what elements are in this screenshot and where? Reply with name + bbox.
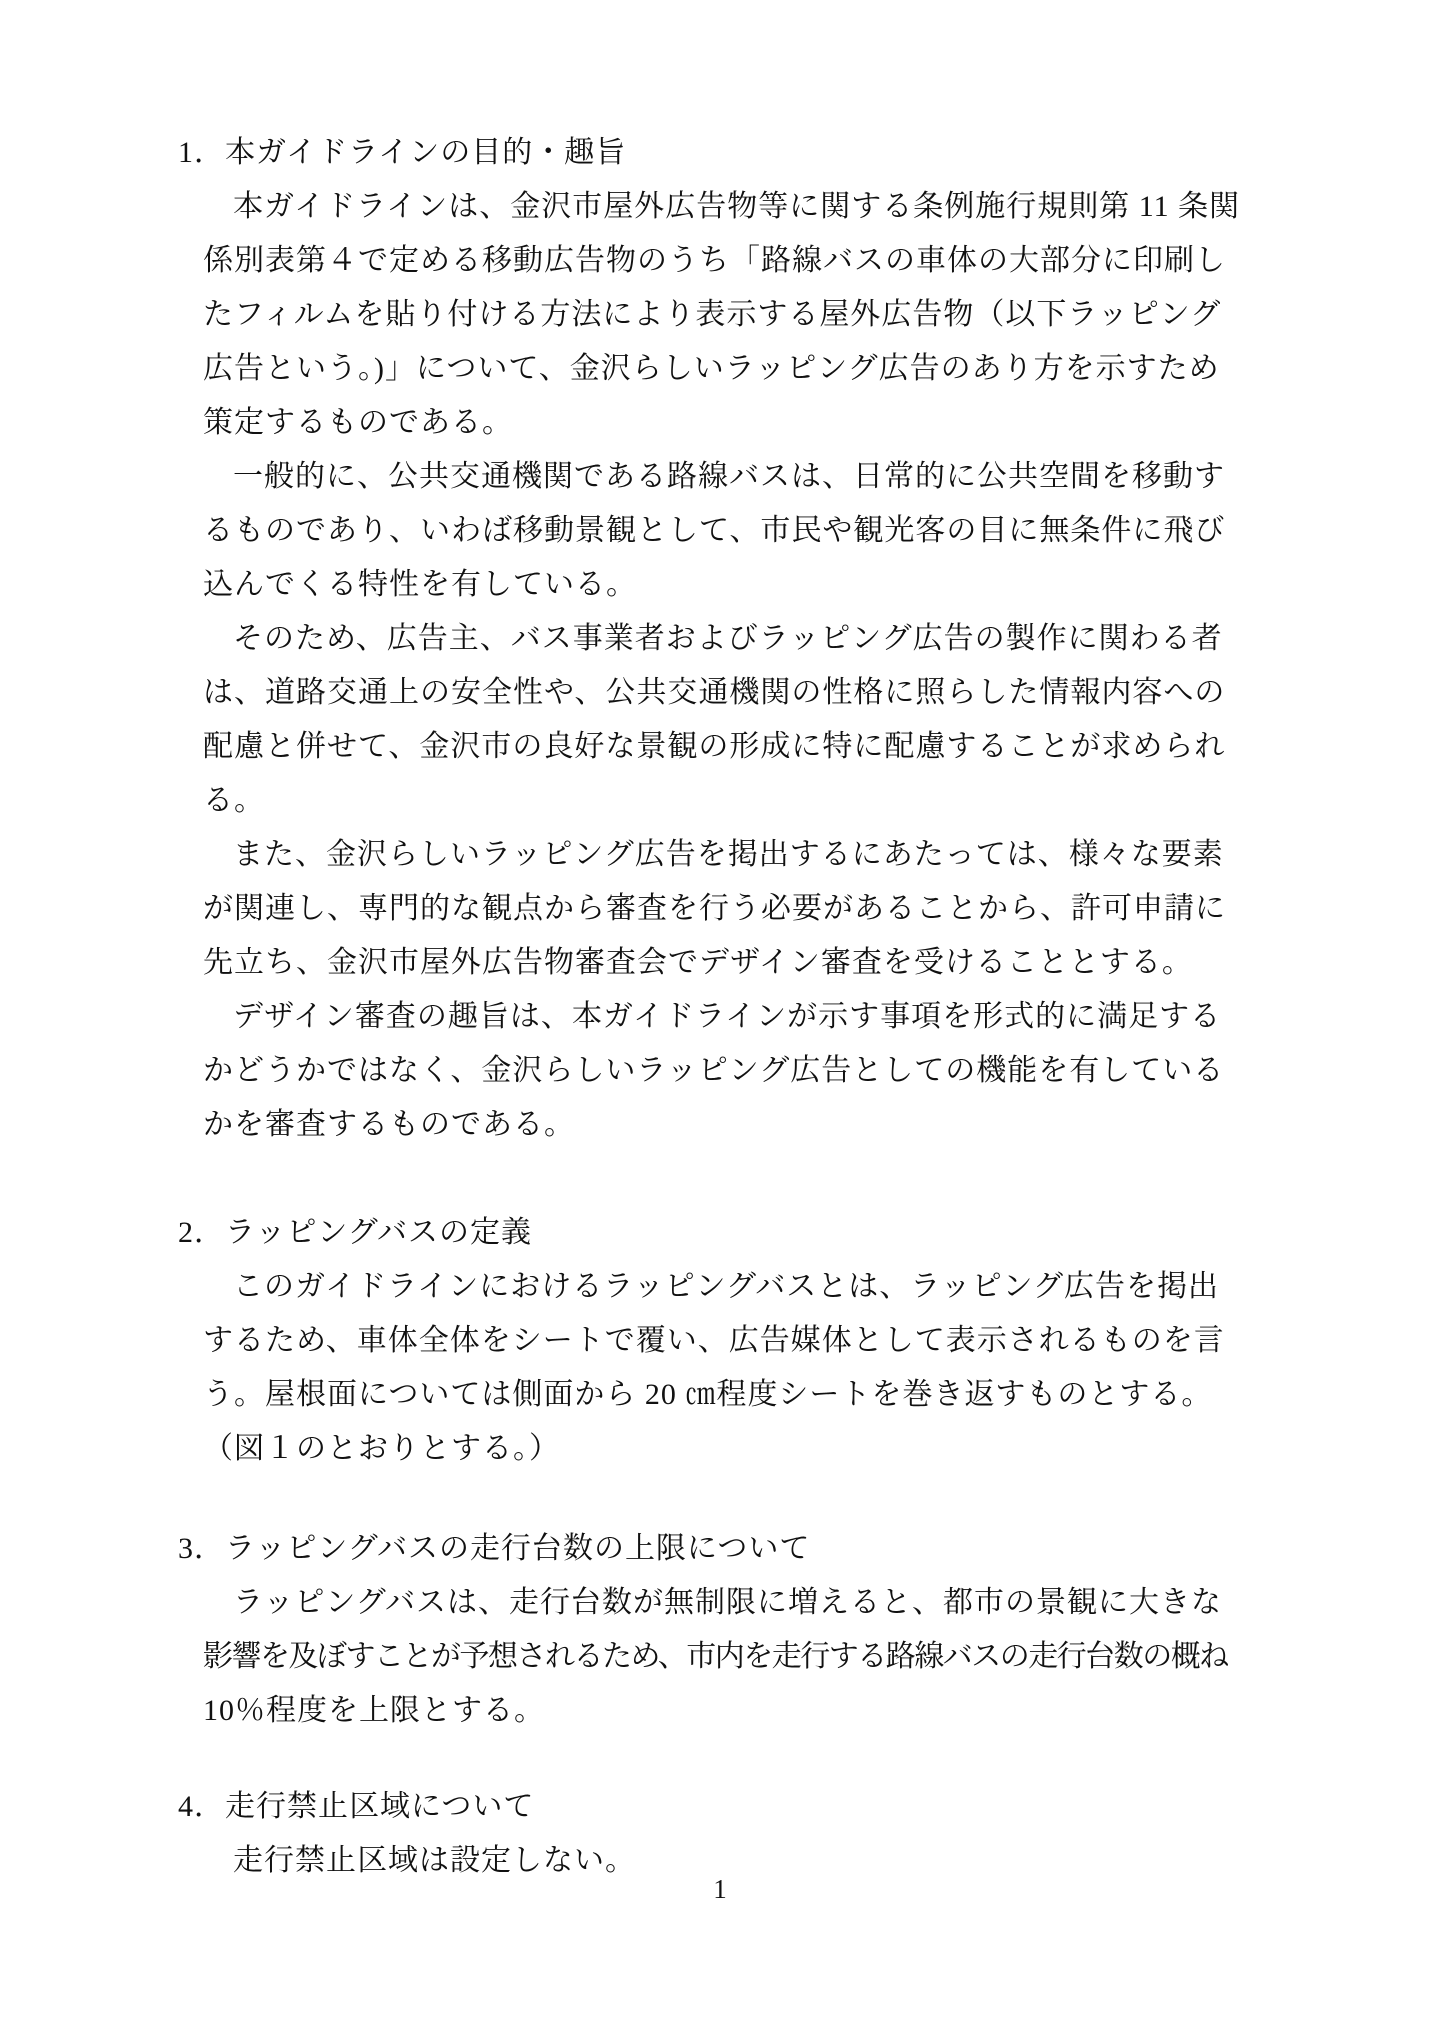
paragraph-line: る。 [178, 774, 1274, 828]
section-spacer [178, 1738, 1274, 1780]
paragraph-line: 影響を及ぼすことが予想されるため、市内を走行する路線バスの走行台数の概ね [178, 1630, 1274, 1684]
paragraph-line: たフィルムを貼り付ける方法により表示する屋外広告物（以下ラッピング [178, 288, 1274, 342]
paragraph-line: 策定するものである。 [178, 396, 1274, 450]
paragraph-line: 係別表第４で定める移動広告物のうち「路線バスの車体の大部分に印刷し [178, 234, 1274, 288]
section-3-paragraph-1: ラッピングバスは、走行台数が無制限に増えると、都市の景観に大きな 影響を及ぼすこ… [178, 1576, 1274, 1738]
section-1-paragraph-3: そのため、広告主、バス事業者およびラッピング広告の製作に関わる者 は、道路交通上… [178, 612, 1274, 828]
section-3-heading: 3．ラッピングバスの走行台数の上限について [178, 1522, 1274, 1576]
document-page: 1．本ガイドラインの目的・趣旨 本ガイドラインは、金沢市屋外広告物等に関する条例… [0, 0, 1440, 2027]
document-body: 1．本ガイドラインの目的・趣旨 本ガイドラインは、金沢市屋外広告物等に関する条例… [178, 126, 1274, 1888]
section-1-paragraph-1: 本ガイドラインは、金沢市屋外広告物等に関する条例施行規則第 11 条関 係別表第… [178, 180, 1274, 450]
paragraph-line: 本ガイドラインは、金沢市屋外広告物等に関する条例施行規則第 11 条関 [178, 180, 1274, 234]
paragraph-line: は、道路交通上の安全性や、公共交通機関の性格に照らした情報内容への [178, 666, 1274, 720]
section-4-heading: 4．走行禁止区域について [178, 1780, 1274, 1834]
paragraph-line: 配慮と併せて、金沢市の良好な景観の形成に特に配慮することが求められ [178, 720, 1274, 774]
paragraph-line: かどうかではなく、金沢らしいラッピング広告としての機能を有している [178, 1044, 1274, 1098]
section-1-paragraph-5: デザイン審査の趣旨は、本ガイドラインが示す事項を形式的に満足する かどうかではな… [178, 990, 1274, 1152]
paragraph-line: そのため、広告主、バス事業者およびラッピング広告の製作に関わる者 [178, 612, 1274, 666]
paragraph-line: が関連し、専門的な観点から審査を行う必要があることから、許可申請に [178, 882, 1274, 936]
paragraph-line: するため、車体全体をシートで覆い、広告媒体として表示されるものを言 [178, 1314, 1274, 1368]
paragraph-line: るものであり、いわば移動景観として、市民や観光客の目に無条件に飛び [178, 504, 1274, 558]
paragraph-line: 一般的に、公共交通機関である路線バスは、日常的に公共空間を移動す [178, 450, 1274, 504]
section-spacer [178, 1476, 1274, 1522]
section-2-paragraph-1: このガイドラインにおけるラッピングバスとは、ラッピング広告を掲出 するため、車体… [178, 1260, 1274, 1476]
paragraph-line: 先立ち、金沢市屋外広告物審査会でデザイン審査を受けることとする。 [178, 936, 1274, 990]
page-number: 1 [0, 1874, 1440, 1904]
paragraph-line: 10％程度を上限とする。 [178, 1684, 1274, 1738]
section-spacer [178, 1152, 1274, 1206]
paragraph-line: （図１のとおりとする。） [178, 1422, 1274, 1476]
paragraph-line: う。屋根面については側面から 20 ㎝程度シートを巻き返すものとする。 [178, 1368, 1274, 1422]
section-1-paragraph-2: 一般的に、公共交通機関である路線バスは、日常的に公共空間を移動す るものであり、… [178, 450, 1274, 612]
paragraph-line: このガイドラインにおけるラッピングバスとは、ラッピング広告を掲出 [178, 1260, 1274, 1314]
section-1-paragraph-4: また、金沢らしいラッピング広告を掲出するにあたっては、様々な要素 が関連し、専門… [178, 828, 1274, 990]
paragraph-line: また、金沢らしいラッピング広告を掲出するにあたっては、様々な要素 [178, 828, 1274, 882]
section-1-heading: 1．本ガイドラインの目的・趣旨 [178, 126, 1274, 180]
paragraph-line: ラッピングバスは、走行台数が無制限に増えると、都市の景観に大きな [178, 1576, 1274, 1630]
paragraph-line: デザイン審査の趣旨は、本ガイドラインが示す事項を形式的に満足する [178, 990, 1274, 1044]
paragraph-line: 広告という。)」について、金沢らしいラッピング広告のあり方を示すため [178, 342, 1274, 396]
paragraph-line: 込んでくる特性を有している。 [178, 558, 1274, 612]
paragraph-line: かを審査するものである。 [178, 1098, 1274, 1152]
section-2-heading: 2．ラッピングバスの定義 [178, 1206, 1274, 1260]
